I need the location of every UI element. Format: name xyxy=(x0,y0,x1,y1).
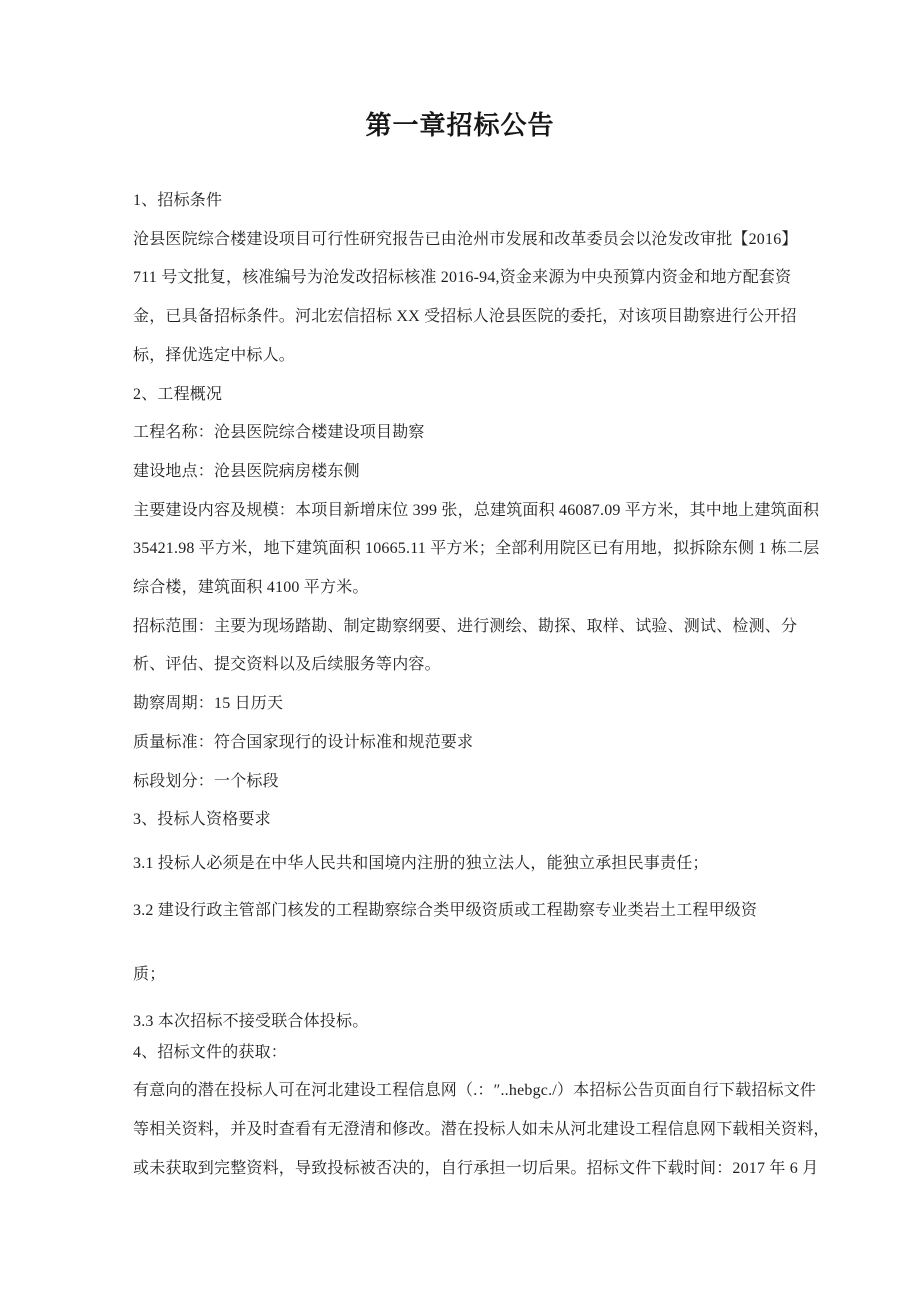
doc-line: 质； xyxy=(133,956,800,995)
doc-line: 招标范围：主要为现场踏勘、制定勘察纲要、进行测绘、勘探、取样、试验、测试、检测、… xyxy=(133,608,800,647)
section-heading: 1、招标条件 xyxy=(133,182,800,221)
doc-line: 析、评估、提交资料以及后续服务等内容。 xyxy=(133,646,800,685)
doc-line: 或未获取到完整资料，导致投标被否决的，自行承担一切后果。招标文件下载时间：201… xyxy=(133,1150,800,1189)
section-heading: 2、工程概况 xyxy=(133,376,800,415)
doc-line: 标段划分：一个标段 xyxy=(133,763,800,802)
document-page: 第一章招标公告 1、招标条件 沧县医院综合楼建设项目可行性研究报告已由沧州市发展… xyxy=(0,0,920,1301)
doc-line: 综合楼，建筑面积 4100 平方米。 xyxy=(133,569,800,608)
section-heading: 4、招标文件的获取： xyxy=(133,1034,800,1073)
document-body: 1、招标条件 沧县医院综合楼建设项目可行性研究报告已由沧州市发展和改革委员会以沧… xyxy=(0,182,920,1189)
doc-line: 质量标准：符合国家现行的设计标准和规范要求 xyxy=(133,724,800,763)
doc-line: 标，择优选定中标人。 xyxy=(133,337,800,376)
doc-line: 等相关资料，并及时查看有无澄清和修改。潜在投标人如未从河北建设工程信息网下载相关… xyxy=(133,1111,800,1150)
doc-line: 3.1 投标人必须是在中华人民共和国境内注册的独立法人，能独立承担民事责任； xyxy=(133,845,800,884)
doc-line: 沧县医院综合楼建设项目可行性研究报告已由沧州市发展和改革委员会以沧发改审批【20… xyxy=(133,221,800,260)
doc-line: 金，已具备招标条件。河北宏信招标 XX 受招标人沧县医院的委托，对该项目勘察进行… xyxy=(133,298,800,337)
doc-line: 主要建设内容及规模：本项目新增床位 399 张，总建筑面积 46087.09 平… xyxy=(133,492,800,531)
page-title: 第一章招标公告 xyxy=(0,0,920,141)
doc-line: 勘察周期：15 日历天 xyxy=(133,685,800,724)
doc-line: 建设地点：沧县医院病房楼东侧 xyxy=(133,453,800,492)
doc-line: 有意向的潜在投标人可在河北建设工程信息网（.：″..hebgc./）本招标公告页… xyxy=(133,1072,800,1111)
doc-line: 35421.98 平方米，地下建筑面积 10665.11 平方米；全部利用院区已… xyxy=(133,530,800,569)
doc-line: 711 号文批复，核准编号为沧发改招标核准 2016-94,资金来源为中央预算内… xyxy=(133,259,800,298)
section-heading: 3、投标人资格要求 xyxy=(133,801,800,840)
doc-line: 3.2 建设行政主管部门核发的工程勘察综合类甲级资质或工程勘察专业类岩土工程甲级… xyxy=(133,892,800,931)
doc-line: 工程名称：沧县医院综合楼建设项目勘察 xyxy=(133,414,800,453)
